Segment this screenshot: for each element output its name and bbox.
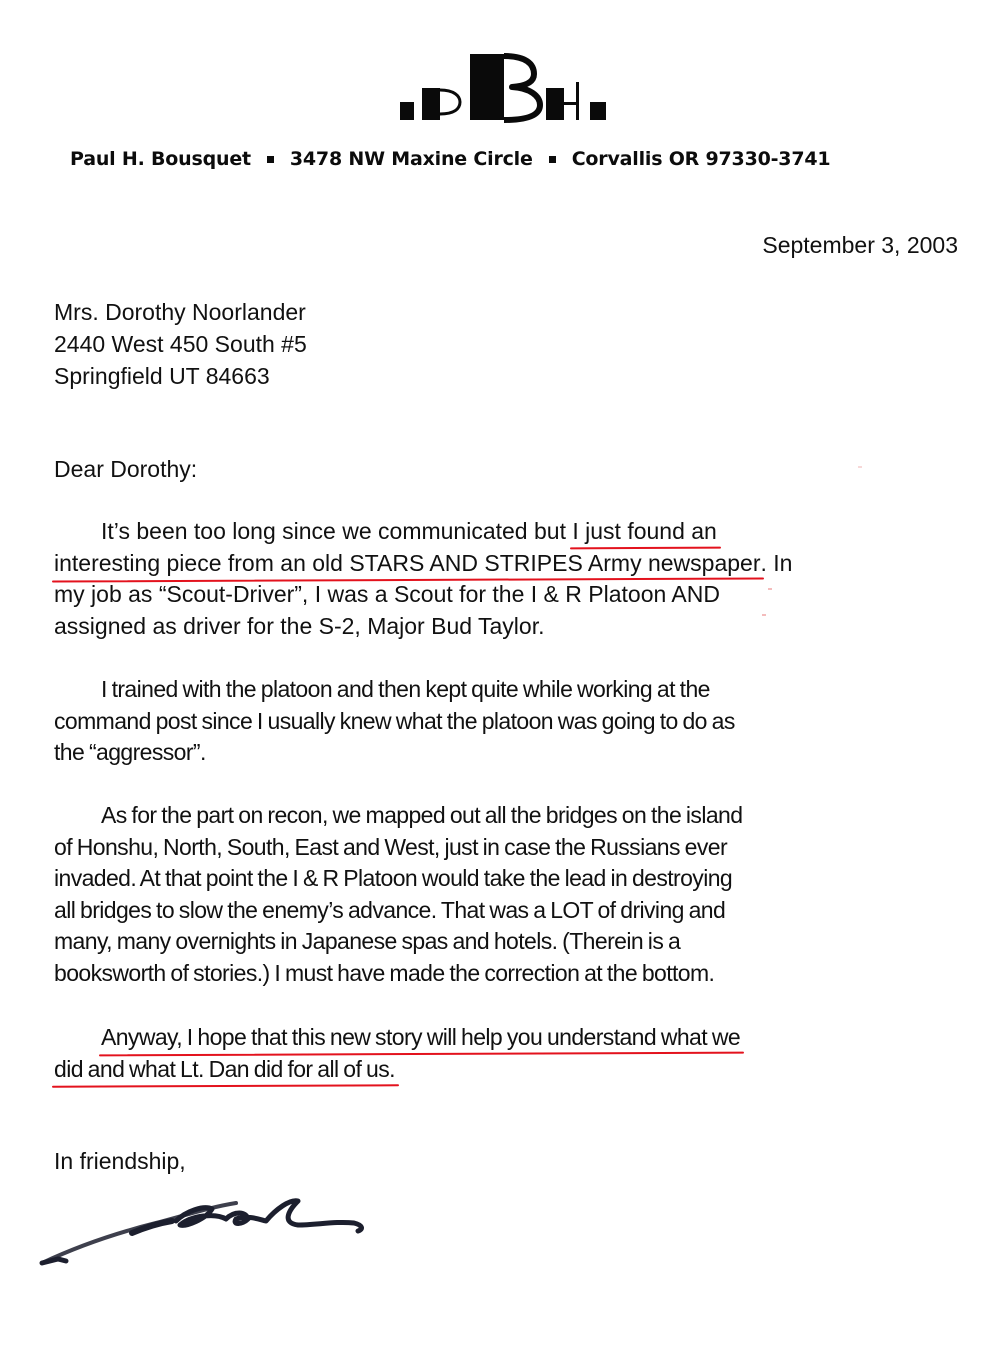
scan-mark [762, 614, 766, 616]
paragraph-line: assigned as driver for the S-2, Major Bu… [54, 611, 954, 643]
salutation: Dear Dorothy: [54, 456, 197, 483]
recipient-address: Mrs. Dorothy Noorlander 2440 West 450 So… [54, 296, 307, 392]
paragraph-line: invaded. At that point the I & R Platoon… [54, 863, 954, 895]
paragraph-line: booksworth of stories.) I must have made… [54, 958, 954, 990]
text-run: . In [760, 550, 792, 576]
paragraph-line: I trained with the platoon and then kept… [54, 674, 954, 706]
sender-city: Corvallis OR 97330-3741 [572, 148, 831, 170]
paragraph-training: I trained with the platoon and then kept… [54, 674, 954, 769]
paragraph-line: all bridges to slow the enemy’s advance.… [54, 895, 954, 927]
closing: In friendship, [54, 1148, 186, 1175]
signature [36, 1175, 376, 1275]
paragraph-line: the “aggressor”. [54, 737, 954, 769]
recipient-street: 2440 West 450 South #5 [54, 328, 307, 360]
paragraph-line: interesting piece from an old STARS AND … [54, 548, 954, 580]
paragraph-line: my job as “Scout-Driver”, I was a Scout … [54, 579, 954, 611]
paragraph-intro: It’s been too long since we communicated… [54, 516, 954, 642]
paragraph-line: As for the part on recon, we mapped out … [54, 800, 954, 832]
letter-date: September 3, 2003 [762, 232, 958, 259]
recipient-city: Springfield UT 84663 [54, 360, 307, 392]
recipient-name: Mrs. Dorothy Noorlander [54, 296, 307, 328]
monogram-logo [398, 50, 618, 126]
highlighted-text: Anyway, I hope that this new story will … [101, 1024, 740, 1050]
paragraph-line: did and what Lt. Dan did for all of us. [54, 1054, 954, 1086]
handwritten-signature-icon [36, 1175, 376, 1275]
scan-mark [768, 588, 772, 590]
scan-mark [858, 466, 862, 468]
paragraph-line: Anyway, I hope that this new story will … [54, 1022, 954, 1054]
paragraph-line: It’s been too long since we communicated… [54, 516, 954, 548]
highlighted-text: did and what Lt. Dan did for all of us. [54, 1056, 395, 1082]
paragraph-line: command post since I usually knew what t… [54, 706, 954, 738]
paragraph-closing-thought: Anyway, I hope that this new story will … [54, 1022, 954, 1085]
highlighted-text: I just found an [572, 518, 717, 544]
pbh-monogram-icon [398, 50, 618, 126]
letterhead-address-line: Paul H. Bousquet 3478 NW Maxine Circle C… [70, 148, 950, 170]
sender-name: Paul H. Bousquet [70, 148, 251, 170]
bullet-separator-icon [267, 156, 274, 163]
sender-street: 3478 NW Maxine Circle [290, 148, 533, 170]
paragraph-line: of Honshu, North, South, East and West, … [54, 832, 954, 864]
paragraph-line: many, many overnights in Japanese spas a… [54, 926, 954, 958]
highlighted-text: interesting piece from an old STARS AND … [54, 550, 760, 576]
paragraph-recon: As for the part on recon, we mapped out … [54, 800, 954, 989]
bullet-separator-icon [549, 156, 556, 163]
text-run: It’s been too long since we communicated… [101, 518, 572, 544]
